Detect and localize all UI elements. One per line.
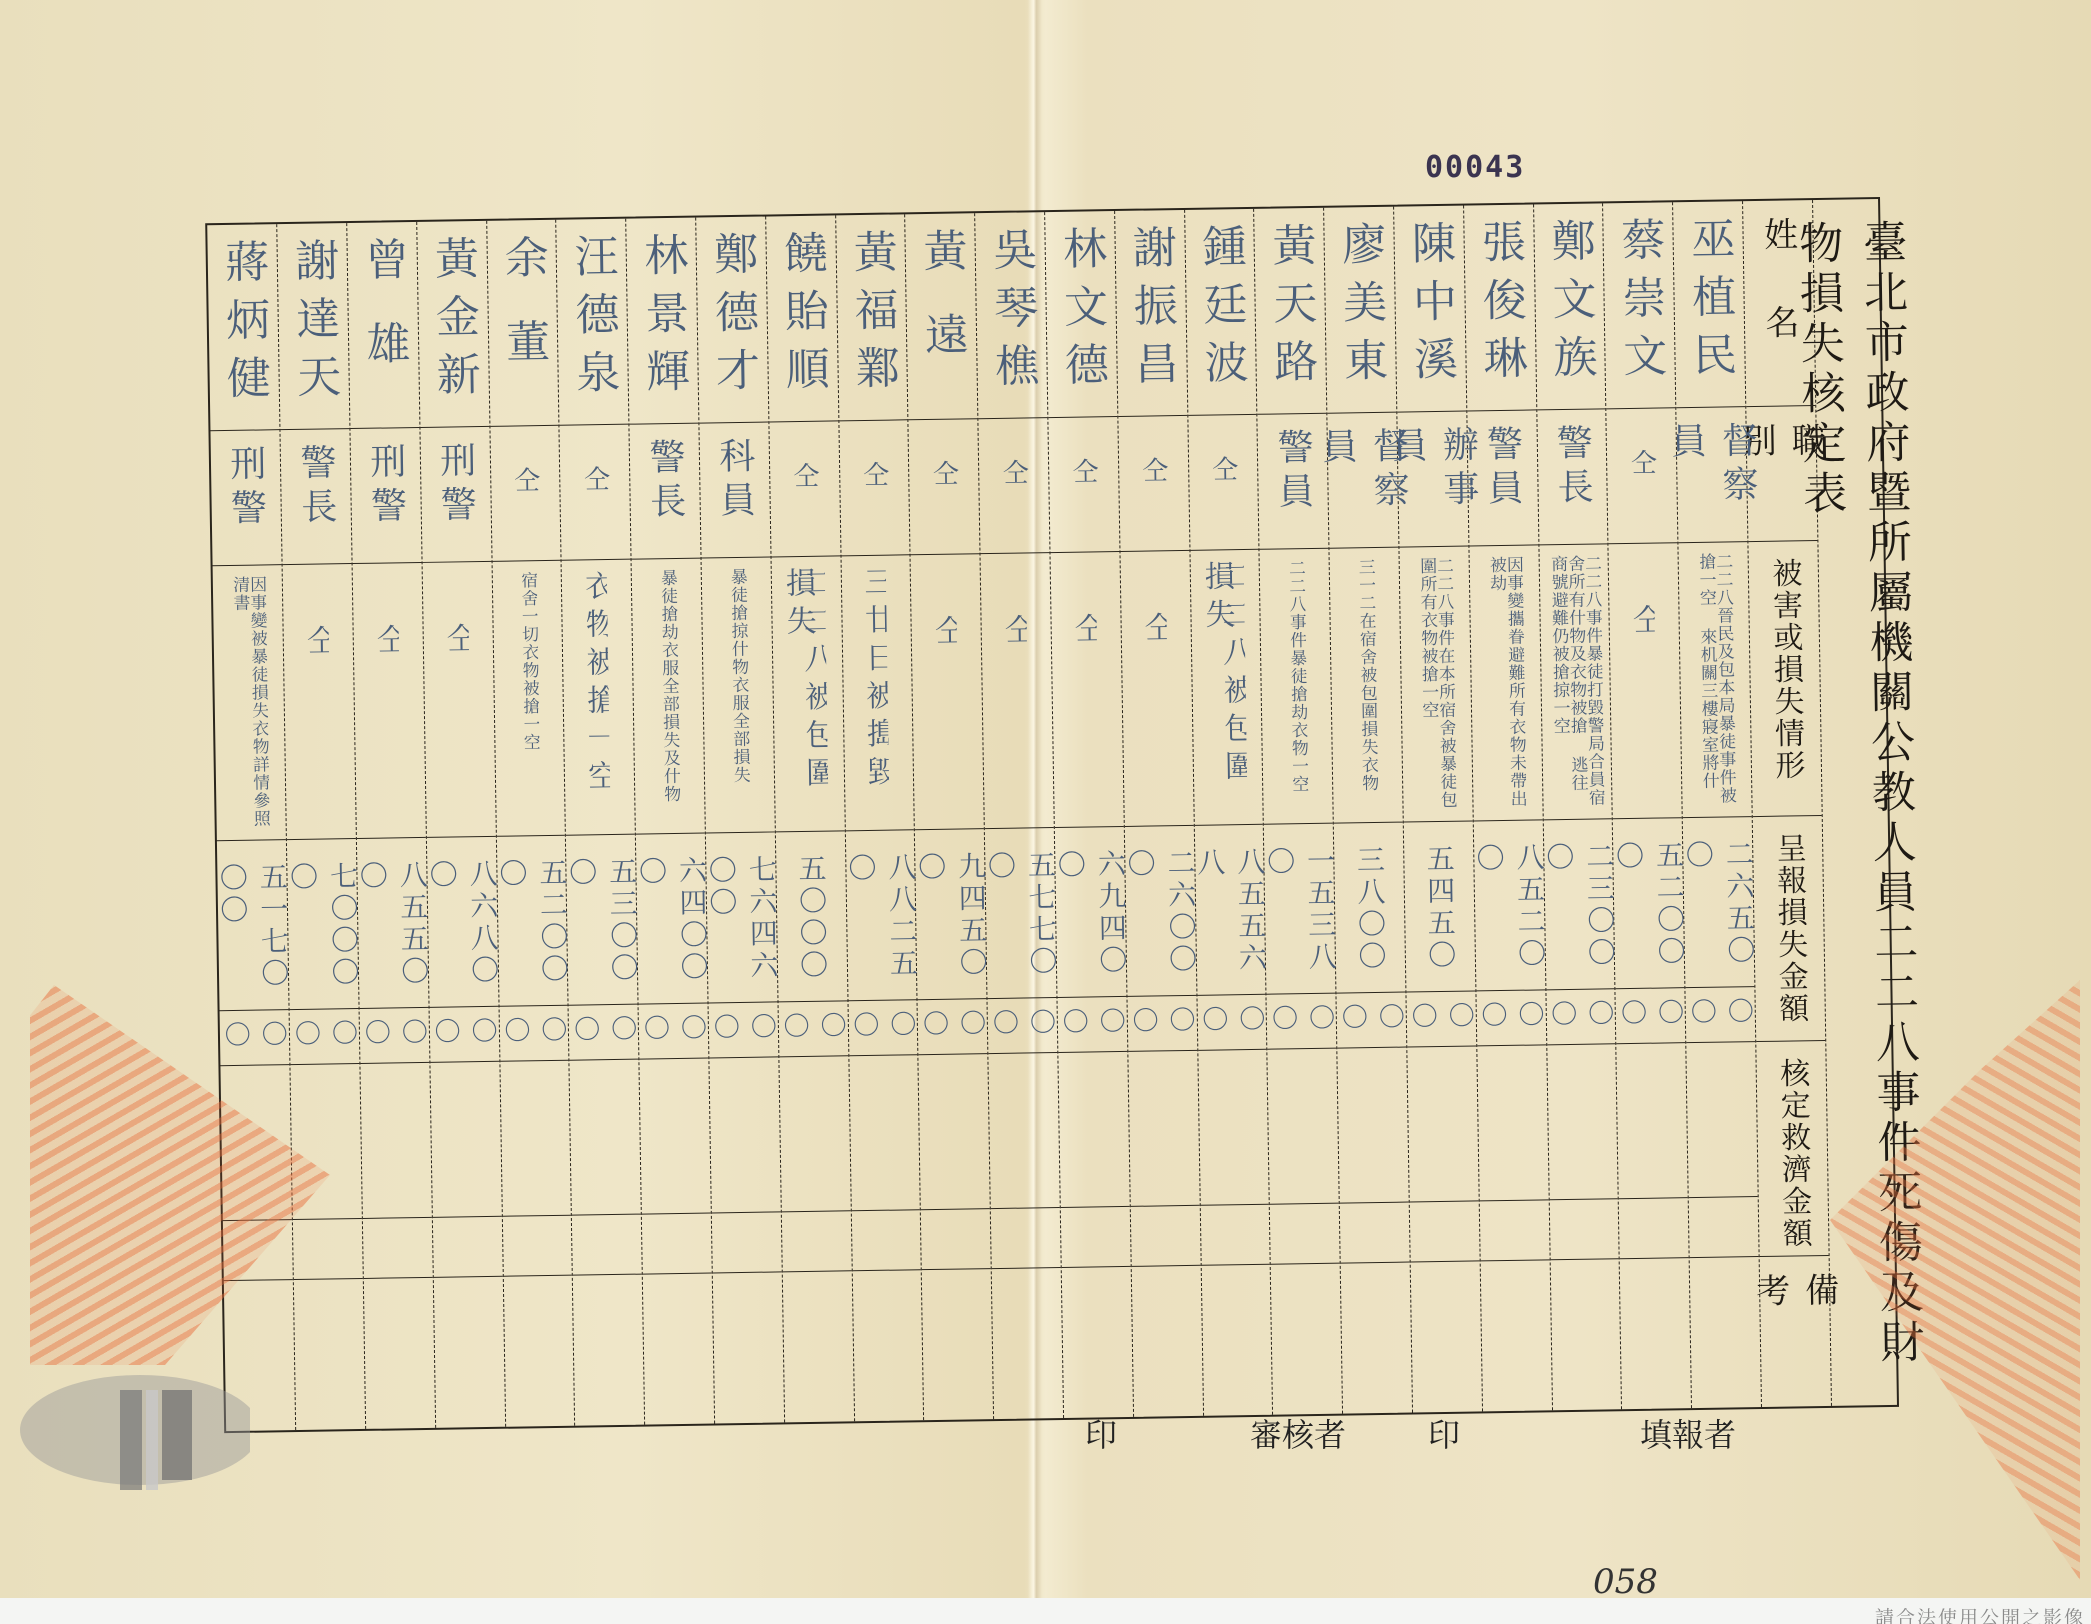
approved-relief-tail-cell [293, 1218, 363, 1279]
reported-amount-cell: 八五二〇〇 [1474, 819, 1545, 990]
header-approved-relief: 核定救濟金額 [1769, 1041, 1816, 1256]
approved-relief-tail-cell [433, 1216, 503, 1277]
person-position: 警員 [1267, 414, 1320, 549]
reported-amount-tail: 〇〇 [287, 1009, 362, 1064]
person-name: 林文德 [1048, 211, 1115, 417]
filler-label: 填報者 [1640, 1410, 1736, 1456]
loss-situation: 二二八被包圍損失 [1205, 550, 1247, 825]
person-name: 巫植民 [1676, 201, 1743, 407]
position-cell: 督察員 [1328, 412, 1399, 548]
reported-amount-tail-cell: 〇〇 [499, 1005, 569, 1061]
situation-cell: 因事變被暴徒損失衣物詳情參照清書 [212, 564, 286, 840]
remarks-cell [992, 1267, 1063, 1423]
reported-amount-tail: 〇〇 [1194, 995, 1269, 1050]
person-name: 黃福鄴 [838, 214, 905, 420]
loss-situation: 因事變攜眷避難所有衣物未帶出被劫 [1485, 546, 1527, 821]
position-cell: 警長 [1537, 408, 1608, 544]
approved-relief-cell [709, 1056, 780, 1212]
header-name-cell: 姓 名 [1743, 200, 1815, 406]
position-cell: 仝 [1607, 407, 1678, 543]
reported-amount-cell: 八五五六八 [1194, 824, 1265, 995]
situation-cell: 仝 [422, 561, 495, 837]
person-position: 仝 [506, 426, 545, 561]
approved-relief-tail-cell [1410, 1200, 1480, 1261]
reported-amount: 五四五〇 [1418, 822, 1461, 992]
reported-amount-cell: 七六四六〇〇 [706, 831, 777, 1002]
remarks-cell [852, 1269, 923, 1425]
person-position: 仝 [576, 425, 615, 560]
situation-cell: 因事變攜眷避難所有衣物未帶出被劫 [1469, 544, 1542, 820]
reported-amount-tail-cell: 〇〇 [1127, 995, 1197, 1051]
approved-relief-tail-cell [363, 1217, 433, 1278]
reported-amount-cell: 六九四〇〇 [1055, 826, 1126, 997]
approved-relief-cell [779, 1055, 850, 1211]
person-name: 蔡崇文 [1606, 202, 1673, 408]
header-reported-amount: 呈報損失金額 [1765, 816, 1813, 1041]
archive-logo-icon [10, 1320, 250, 1500]
reported-amount-tail-cell: 〇〇 [429, 1006, 499, 1062]
serial-number: 00043 [1425, 150, 1525, 185]
reported-amount-cell: 五一七〇〇〇 [216, 839, 288, 1010]
loss-situation: 宿舍一切衣物被搶一空 [516, 561, 541, 835]
remarks-cell [1131, 1265, 1202, 1421]
seal-mark-2: 印 [1085, 1410, 1117, 1456]
person-name: 汪德泉 [559, 219, 626, 425]
reported-amount-cell: 五四五〇 [1404, 820, 1475, 991]
remarks-cell [1690, 1256, 1761, 1412]
reported-amount-tail: 〇〇 [1683, 987, 1758, 1042]
reported-amount-tail: 〇〇 [915, 999, 990, 1054]
position-cell: 仝 [1188, 414, 1259, 550]
person-name: 饒貽順 [768, 215, 835, 421]
person-name: 陳中溪 [1396, 206, 1463, 412]
person-name: 余董 [489, 220, 556, 426]
reported-amount-cell: 二三〇〇〇 [1543, 818, 1614, 989]
person-name: 林景輝 [629, 218, 696, 424]
situation-cell: 二二八事件暴徒打毀警局合員宿舍所有什物及衣物被搶 逃往商號避難仍被搶掠一空 [1539, 543, 1612, 819]
name-cell: 謝振昌 [1115, 210, 1187, 416]
position-cell: 刑警 [350, 427, 421, 563]
name-cell: 林文德 [1045, 211, 1117, 417]
person-name: 張俊琳 [1466, 204, 1533, 410]
reported-amount-tail: 〇〇 [217, 1010, 292, 1065]
approved-relief-tail-cell [1340, 1202, 1410, 1263]
name-cell: 林景輝 [626, 218, 698, 424]
approved-relief-tail-cell [991, 1207, 1061, 1268]
header-remarks-cell: 備 考 [1760, 1255, 1831, 1411]
situation-cell: 二二八事件在本所宿舍被暴徒包圍所有衣物被搶一空 [1399, 546, 1472, 822]
reported-amount-cell: 二六〇〇〇 [1125, 825, 1196, 996]
reported-amount-cell: 一五三八〇 [1264, 823, 1335, 994]
situation-cell: 二二八被包圍損失 [771, 555, 844, 831]
person-name: 吳琴樵 [978, 212, 1045, 418]
person-name: 鄭文族 [1536, 203, 1603, 409]
person-position: 刑警 [359, 428, 412, 563]
remarks-cell [922, 1268, 993, 1424]
reported-amount-tail: 〇〇 [985, 998, 1060, 1053]
name-cell: 黃福鄴 [836, 214, 908, 420]
person-position: 科員 [708, 423, 761, 558]
position-cell: 仝 [1048, 416, 1119, 552]
reported-amount-tail: 〇〇 [846, 1000, 921, 1055]
reported-amount: 三八〇〇 [1348, 823, 1391, 993]
loss-situation: 仝 [446, 562, 471, 836]
approved-relief-cell [919, 1053, 990, 1209]
approved-relief-tail-cell [1200, 1204, 1270, 1265]
approved-relief-tail-cell [1689, 1196, 1759, 1257]
loss-situation: 二二八事件暴徒打毀警局合員宿舍所有什物及衣物被搶 逃往商號避難仍被搶掠一空 [1546, 544, 1605, 819]
situation-cell: 仝 [353, 562, 426, 838]
approved-relief-tail-cell [712, 1211, 782, 1272]
approved-relief-tail-cell [1480, 1199, 1550, 1260]
reported-amount-tail-cell: 〇〇 [1546, 988, 1616, 1044]
position-cell: 仝 [769, 420, 840, 556]
reported-amount-tail-cell: 〇〇 [778, 1000, 848, 1056]
situation-cell: 二二八晉民及包本局暴徒事件被搶一空 來机關三樓寢室將什 [1679, 541, 1752, 817]
reported-amount-cell: 六四〇〇〇 [636, 833, 707, 1004]
person-name: 黃天路 [1257, 208, 1324, 414]
position-cell: 仝 [1118, 415, 1189, 551]
situation-cell: 三廿日被搗毀 [841, 554, 914, 830]
approved-relief-tail-cell [1619, 1197, 1689, 1258]
approved-relief-cell [1407, 1045, 1478, 1201]
name-cell: 黃天路 [1254, 208, 1326, 414]
situation-cell: 二二八事件暴徒搶劫衣物一空 [1260, 548, 1333, 824]
reported-amount-tail-cell: 〇〇 [360, 1007, 430, 1063]
approved-relief-tail-cell [782, 1210, 852, 1271]
page-number: 058 [1593, 1562, 1658, 1602]
reported-amount-tail-cell: 〇〇 [1267, 993, 1337, 1049]
reported-amount-tail-cell: 〇〇 [1057, 996, 1127, 1052]
approved-relief-cell [570, 1059, 641, 1215]
position-cell: 刑警 [420, 426, 491, 562]
situation-cell: 仝 [1050, 551, 1123, 827]
loss-situation: 仝 [376, 563, 401, 837]
situation-cell: 仝 [911, 553, 984, 829]
name-cell: 廖美東 [1324, 207, 1396, 413]
name-cell: 黃遠 [906, 213, 978, 419]
reported-amount-cell: 三八〇〇 [1334, 822, 1405, 993]
approved-relief-tail-cell [572, 1214, 642, 1275]
position-cell: 仝 [979, 417, 1050, 553]
person-position: 仝 [785, 422, 824, 557]
reported-amount-tail: 〇〇 [776, 1001, 851, 1056]
reported-amount-cell: 五三〇〇〇 [566, 834, 637, 1005]
position-cell: 警長 [630, 423, 701, 559]
reported-amount-cell: 五七七〇〇 [985, 827, 1056, 998]
loss-situation: 仝 [307, 564, 332, 838]
person-position: 仝 [1064, 417, 1103, 552]
reported-amount-tail-cell: 〇〇 [1197, 994, 1267, 1050]
approved-relief-cell [1198, 1049, 1269, 1205]
position-cell: 仝 [839, 419, 910, 555]
loss-situation: 二二八事件在本所宿舍被暴徒包圍所有衣物被搶一空 [1415, 547, 1457, 822]
reported-amount-cell: 五二〇〇〇 [1613, 817, 1684, 988]
name-cell: 謝達天 [277, 223, 349, 429]
seal-mark-1: 印 [1428, 1410, 1460, 1456]
approved-relief-tail-cell [1549, 1198, 1619, 1259]
approved-relief-tail-cell [1270, 1203, 1340, 1264]
situation-cell: 仝 [1120, 550, 1193, 826]
loss-situation: 仝 [1074, 552, 1099, 826]
name-cell: 余董 [487, 220, 559, 426]
reported-amount-tail: 〇〇 [1404, 991, 1479, 1046]
loss-situation: 二二八被包圍損失 [787, 557, 829, 832]
person-position: 仝 [925, 419, 964, 554]
loss-situation: 暴徒搶掠什物衣服全部損失 [725, 558, 750, 832]
reported-amount-tail-cell: 〇〇 [988, 997, 1058, 1053]
approved-relief-cell [430, 1061, 501, 1217]
reviewer-label: 審核者 [1250, 1410, 1346, 1456]
situation-cell: 衣物被搶一空 [562, 559, 635, 835]
approved-relief-cell [1477, 1044, 1548, 1200]
person-name: 黃遠 [908, 213, 975, 419]
approved-relief-cell [360, 1062, 431, 1218]
remarks-cell [713, 1271, 784, 1427]
loss-situation: 因事變被暴徒損失衣物詳情參照清書 [228, 565, 270, 840]
reported-amount-tail: 〇〇 [427, 1007, 502, 1062]
name-cell: 鄭德才 [696, 217, 768, 423]
header-approved-relief-cell: 核定救濟金額 [1756, 1040, 1828, 1256]
situation-cell: 仝 [283, 563, 356, 839]
person-position: 仝 [994, 418, 1033, 553]
position-cell: 科員 [699, 421, 770, 557]
approved-relief-cell [1686, 1041, 1757, 1197]
reported-amount-tail: 〇〇 [566, 1005, 641, 1060]
situation-cell: 仝 [1609, 542, 1682, 818]
person-name: 黃金新 [419, 221, 486, 427]
reported-amount-cell: 八五五〇〇 [357, 837, 428, 1008]
name-cell: 鄭文族 [1534, 203, 1606, 409]
approved-relief-tail-cell [642, 1212, 712, 1273]
remarks-cell [1480, 1259, 1551, 1415]
header-situation-cell: 被害或損失情形 [1748, 540, 1821, 816]
reported-amount-tail: 〇〇 [1613, 988, 1688, 1043]
name-cell: 黃金新 [417, 221, 489, 427]
header-reported-amount-cell: 呈報損失金額 [1753, 815, 1826, 1041]
position-cell: 仝 [490, 425, 561, 561]
remarks-cell [364, 1277, 435, 1433]
remarks-cell [434, 1276, 505, 1432]
reported-amount: 五一七〇〇〇 [211, 840, 294, 1010]
reported-amount-tail-cell: 〇〇 [569, 1004, 639, 1060]
reported-amount-tail-cell: 〇〇 [1406, 990, 1476, 1046]
reported-amount: 八五二〇〇 [1468, 820, 1551, 990]
reported-amount-tail: 〇〇 [1334, 993, 1409, 1048]
loss-assessment-table: 臺北市政府暨所屬機關公教人員二二八事件死傷及財物損失核定表 姓 名 職 別 被害… [205, 197, 1899, 1433]
remarks-cell [1411, 1260, 1482, 1416]
person-position: 仝 [1134, 416, 1173, 551]
loss-situation: 三廿日被搗毀 [865, 556, 890, 830]
reported-amount-cell: 八八二五〇 [845, 829, 916, 1000]
approved-relief-cell [849, 1054, 920, 1210]
approved-relief-tail-cell [851, 1209, 921, 1270]
reported-amount-tail-cell: 〇〇 [639, 1003, 709, 1059]
reported-amount-tail: 〇〇 [1264, 994, 1339, 1049]
reported-amount-tail: 〇〇 [1055, 997, 1130, 1052]
name-cell: 巫植民 [1673, 201, 1745, 407]
name-cell: 張俊琳 [1464, 204, 1536, 410]
reported-amount-tail-cell: 〇〇 [1616, 987, 1686, 1043]
remarks-cell [1341, 1262, 1412, 1418]
situation-cell: 二二八被包圍損失 [1190, 549, 1263, 825]
header-name: 姓 名 [1753, 200, 1805, 406]
approved-relief-cell [500, 1060, 571, 1216]
reported-amount-cell: 二六五〇〇 [1683, 816, 1754, 987]
loss-situation: 仝 [1144, 551, 1169, 825]
loss-situation: 暴徒搶劫衣服全部損失及什物 [656, 559, 681, 833]
person-position: 刑警 [429, 427, 482, 562]
situation-cell: 暴徒搶掠什物衣服全部損失 [702, 556, 775, 832]
approved-relief-cell [1547, 1043, 1618, 1199]
remarks-cell [294, 1278, 365, 1434]
remarks-cell [1620, 1257, 1691, 1413]
reported-amount-tail: 〇〇 [1474, 990, 1549, 1045]
reported-amount-tail-cell: 〇〇 [918, 998, 988, 1054]
person-name: 蔣炳健 [210, 224, 277, 430]
loss-situation: 三一二在宿舍被包圍損失衣物 [1354, 548, 1379, 822]
approved-relief-cell [989, 1052, 1060, 1208]
reported-amount-tail-cell: 〇〇 [709, 1001, 779, 1057]
loss-situation: 仝 [1633, 544, 1658, 818]
reported-amount: 五〇〇〇 [790, 832, 833, 1002]
situation-cell: 宿舍一切衣物被搶一空 [492, 560, 565, 836]
reported-amount-tail: 〇〇 [497, 1006, 572, 1061]
position-cell: 督察員 [1676, 406, 1747, 542]
approved-relief-tail-cell [1131, 1205, 1201, 1266]
person-name: 鄭德才 [699, 217, 766, 423]
name-cell: 吳琴樵 [975, 212, 1047, 418]
remarks-cell [1201, 1264, 1272, 1420]
person-name: 曾雄 [350, 222, 417, 428]
loss-situation: 仝 [1005, 553, 1030, 827]
person-position: 警長 [638, 424, 691, 559]
remarks-cell [643, 1272, 714, 1428]
person-position: 刑警 [219, 430, 272, 565]
reported-amount-tail: 〇〇 [706, 1002, 781, 1057]
person-position: 警長 [1546, 409, 1599, 544]
reported-amount: 八八二五〇 [840, 830, 923, 1000]
reported-amount-cell: 九四五〇〇 [915, 828, 986, 999]
situation-cell: 暴徒搶劫衣服全部損失及什物 [632, 558, 705, 834]
situation-cell: 仝 [981, 552, 1054, 828]
approved-relief-tail-cell [921, 1208, 991, 1269]
reported-amount-cell: 五〇〇〇 [776, 830, 847, 1001]
reported-amount-tail-cell: 〇〇 [1476, 989, 1546, 1045]
reported-amount-tail-cell: 〇〇 [219, 1009, 290, 1065]
loss-situation: 二二八事件暴徒搶劫衣物一空 [1284, 549, 1309, 823]
position-cell: 仝 [909, 418, 980, 554]
name-cell: 蔡崇文 [1603, 202, 1675, 408]
person-position: 警長 [290, 429, 343, 564]
reported-amount-tail-cell: 〇〇 [1337, 992, 1407, 1048]
reported-amount-tail: 〇〇 [1125, 996, 1200, 1051]
approved-relief-tail-cell [502, 1215, 572, 1276]
remarks-cell [783, 1270, 854, 1426]
name-cell: 曾雄 [347, 222, 419, 428]
remarks-cell [1550, 1258, 1621, 1414]
loss-situation: 衣物被搶一空 [586, 560, 611, 834]
situation-cell: 三一二在宿舍被包圍損失衣物 [1330, 547, 1403, 823]
reported-amount-cell: 八六八〇〇 [427, 836, 498, 1007]
name-cell: 蔣炳健 [207, 224, 280, 430]
reported-amount: 七〇〇〇〇 [281, 839, 364, 1009]
loss-situation: 仝 [935, 555, 960, 829]
torn-bottom-edge [0, 1598, 2091, 1624]
reported-amount-cell: 五二〇〇〇 [496, 835, 567, 1006]
reported-amount-tail: 〇〇 [636, 1003, 711, 1058]
person-position: 仝 [855, 421, 894, 556]
approved-relief-cell [1617, 1042, 1688, 1198]
reported-amount-tail: 〇〇 [1543, 989, 1618, 1044]
approved-relief-cell [1128, 1050, 1199, 1206]
remarks-cell [1062, 1266, 1133, 1422]
approved-relief-cell [1268, 1048, 1339, 1204]
approved-relief-cell [640, 1058, 711, 1214]
name-cell: 鍾廷波 [1185, 209, 1257, 415]
person-name: 謝振昌 [1117, 210, 1184, 416]
person-position: 仝 [1623, 408, 1662, 543]
position-cell: 仝 [560, 424, 631, 560]
remarks-cell [573, 1274, 644, 1430]
reported-amount-tail-cell: 〇〇 [290, 1008, 360, 1064]
position-cell: 刑警 [210, 429, 282, 565]
remarks-cell [503, 1275, 574, 1431]
remarks-cell [1271, 1263, 1342, 1419]
name-cell: 陳中溪 [1394, 206, 1466, 412]
person-name: 廖美東 [1327, 207, 1394, 413]
reported-amount-tail: 〇〇 [357, 1008, 432, 1063]
watermark-text: 請合法使用公開之影像 [1875, 1603, 2085, 1624]
name-cell: 汪德泉 [557, 219, 629, 425]
approved-relief-cell [1337, 1047, 1408, 1203]
reported-amount-tail-cell: 〇〇 [848, 999, 918, 1055]
reported-amount-tail-cell: 〇〇 [1686, 986, 1756, 1042]
person-position: 仝 [1204, 415, 1243, 550]
name-cell: 饒貽順 [766, 215, 838, 421]
person-name: 鍾廷波 [1187, 209, 1254, 415]
approved-relief-tail-cell [1061, 1206, 1131, 1267]
position-cell: 警員 [1258, 413, 1329, 549]
approved-relief-cell [1058, 1051, 1129, 1207]
loss-situation: 二二八晉民及包本局暴徒事件被搶一空 來机關三樓寢室將什 [1694, 542, 1736, 817]
header-situation: 被害或損失情形 [1761, 541, 1809, 816]
position-cell: 警長 [281, 428, 352, 564]
reported-amount-cell: 七〇〇〇〇 [287, 838, 358, 1009]
person-name: 謝達天 [280, 223, 347, 429]
